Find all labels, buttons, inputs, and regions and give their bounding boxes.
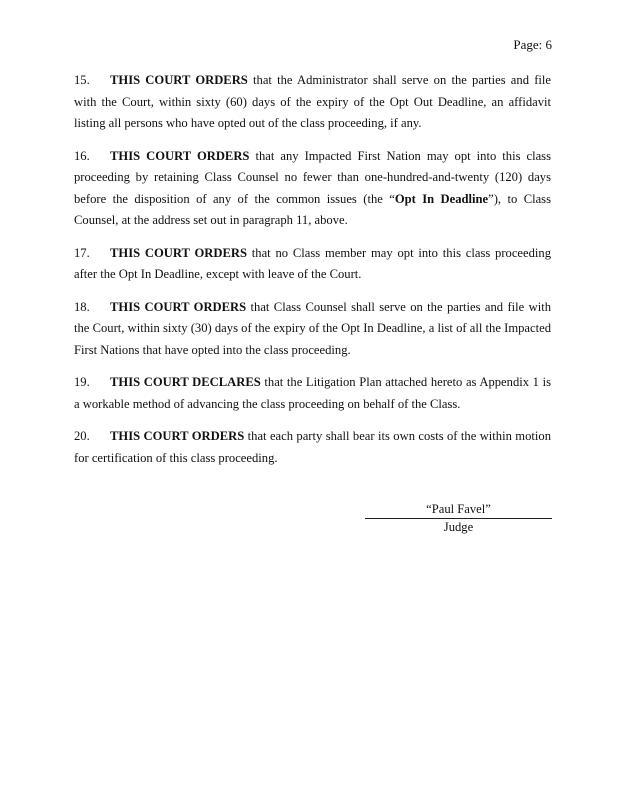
- paragraph-19: 19.THIS COURT DECLARES that the Litigati…: [74, 372, 551, 415]
- signature-block: “Paul Favel” Judge: [365, 502, 552, 535]
- paragraph-20: 20.THIS COURT ORDERS that each party sha…: [74, 426, 551, 469]
- paragraph-16: 16.THIS COURT ORDERS that any Impacted F…: [74, 146, 551, 232]
- paragraph-number: 18.: [74, 297, 110, 319]
- signature-name: “Paul Favel”: [365, 502, 552, 518]
- paragraph-lead: THIS COURT DECLARES: [110, 375, 261, 389]
- paragraph-lead: THIS COURT ORDERS: [110, 246, 247, 260]
- defined-term: Opt In Deadline: [395, 192, 488, 206]
- paragraph-number: 17.: [74, 243, 110, 265]
- paragraph-lead: THIS COURT ORDERS: [110, 300, 246, 314]
- paragraph-number: 15.: [74, 70, 110, 92]
- paragraph-number: 20.: [74, 426, 110, 448]
- paragraph-15: 15.THIS COURT ORDERS that the Administra…: [74, 70, 551, 135]
- paragraph-lead: THIS COURT ORDERS: [110, 149, 249, 163]
- paragraph-number: 19.: [74, 372, 110, 394]
- paragraph-lead: THIS COURT ORDERS: [110, 429, 244, 443]
- page-number: Page: 6: [513, 37, 552, 53]
- paragraph-17: 17.THIS COURT ORDERS that no Class membe…: [74, 243, 551, 286]
- paragraph-lead: THIS COURT ORDERS: [110, 73, 248, 87]
- paragraph-18: 18.THIS COURT ORDERS that Class Counsel …: [74, 297, 551, 362]
- paragraph-number: 16.: [74, 146, 110, 168]
- order-body: 15.THIS COURT ORDERS that the Administra…: [74, 70, 551, 480]
- signature-title: Judge: [365, 519, 552, 535]
